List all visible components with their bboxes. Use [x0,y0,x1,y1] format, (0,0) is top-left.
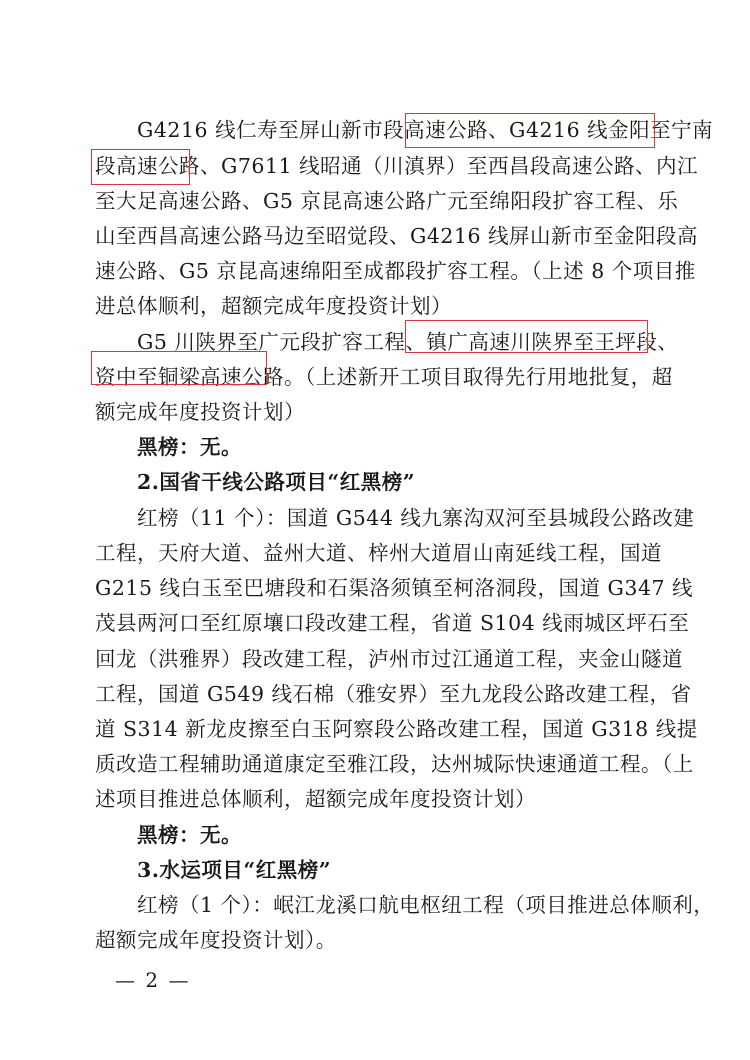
text-line: 山至西昌高速公路马边至昭觉段、G4216 线屏山新市至金阳段高 [95,219,657,253]
blacklist-label: 黑榜：无。 [137,430,657,464]
document-page: G4216 线仁寿至屏山新市段高速公路、G4216 线金阳至宁南 段高速公路、G… [0,0,750,1060]
highlight-box [91,351,267,385]
text-line: 述项目推进总体顺利，超额完成年度投资计划） [95,782,657,816]
highlight-box [405,320,648,353]
text-line: 超额完成年度投资计划）。 [95,923,657,957]
page-number: — 2 — [115,968,190,992]
text-line: 工程，国道 G549 线石棉（雅安界）至九龙段公路改建工程，省 [95,677,657,711]
text-line: 红榜（11 个）：国道 G544 线九寨沟双河至县城段公路改建 [137,501,657,535]
text-line: 速公路、G5 京昆高速绵阳至成都段扩容工程。（上述 8 个项目推 [95,254,657,288]
section-heading-3: 3.水运项目“红黑榜” [137,853,657,887]
highlight-box [91,149,190,185]
text-line: 茂县两河口至红原壤口段改建工程，省道 S104 线雨城区坪石至 [95,606,657,640]
highlight-box [405,113,655,148]
text-line: 至大足高速公路、G5 京昆高速公路广元至绵阳段扩容工程、乐 [95,184,657,218]
text-line: 道 S314 新龙皮擦至白玉阿察段公路改建工程，国道 G318 线提 [95,712,657,746]
text-line: 红榜（1 个）：岷江龙溪口航电枢纽工程（项目推进总体顺利， [137,888,657,922]
section-heading-2: 2.国省干线公路项目“红黑榜” [137,465,657,499]
text-line: 质改造工程辅助通道康定至雅江段，达州城际快速通道工程。（上 [95,747,657,781]
text-line: 回龙（洪雅界）段改建工程，泸州市过江通道工程，夹金山隧道 [95,642,657,676]
text-line: 额完成年度投资计划） [95,395,657,429]
blacklist-label: 黑榜：无。 [137,818,657,852]
text-line: 工程，天府大道、益州大道、梓州大道眉山南延线工程，国道 [95,536,657,570]
text-line: 进总体顺利，超额完成年度投资计划） [95,289,657,323]
text-line: G215 线白玉至巴塘段和石渠洛须镇至柯洛洞段，国道 G347 线 [95,571,657,605]
